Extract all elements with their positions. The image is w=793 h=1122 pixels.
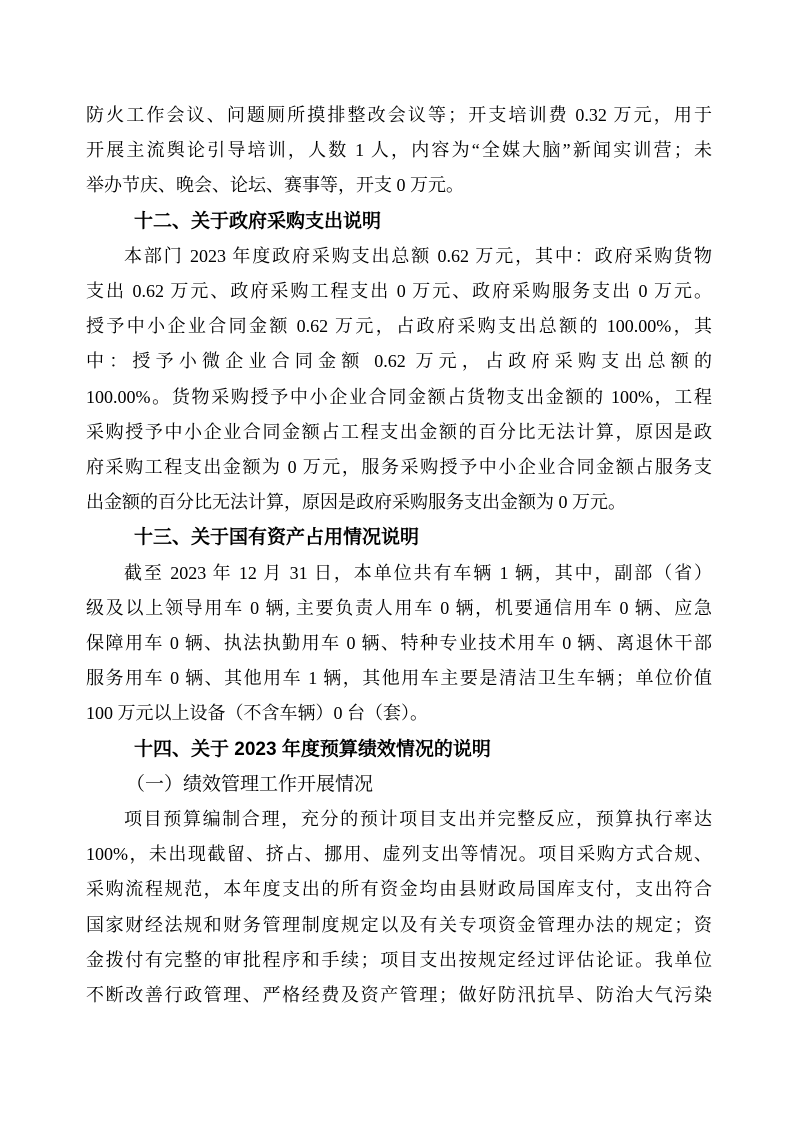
training-and-events-paragraph: 防火工作会议、问题厕所摸排整改会议等；开支培训费 0.32 万元，用于开展主流舆… (86, 98, 712, 204)
performance-paragraph-line-3: 采购流程规范，本年度支出的所有资金均由县财政局国库支付，支出符合 (86, 872, 712, 907)
state-assets-paragraph-line-1: 截至 2023 年 12 月 31 日，本单位共有车辆 1 辆，其中，副部（省） (86, 556, 712, 591)
state-assets-paragraph-line-4: 服务用车 0 辆、其他用车 1 辆，其他用车主要是清洁卫生车辆；单位价值 (86, 661, 712, 696)
gov-procurement-paragraph: 本部门 2023 年度政府采购支出总额 0.62 万元，其中：政府采购货物支出 … (86, 239, 712, 521)
gov-procurement-paragraph-line-1: 本部门 2023 年度政府采购支出总额 0.62 万元，其中：政府采购货物 (86, 239, 712, 274)
gov-procurement-paragraph-line-6: 采购授予中小企业合同金额占工程支出金额的百分比无法计算，原因是政 (86, 415, 712, 450)
gov-procurement-paragraph-line-4: 中：授予小微企业合同金额 0.62 万元，占政府采购支出总额的 (86, 344, 712, 379)
performance-paragraph-line-1: 项目预算编制合理，充分的预计项目支出并完整反应，预算执行率达 (86, 802, 712, 837)
document-page: 防火工作会议、问题厕所摸排整改会议等；开支培训费 0.32 万元，用于开展主流舆… (0, 0, 793, 1122)
performance-paragraph-line-4: 国家财经法规和财务管理制度规定以及有关专项资金管理办法的规定；资 (86, 908, 712, 943)
state-assets-paragraph-line-3: 保障用车 0 辆、执法执勤用车 0 辆、特种专业技术用车 0 辆、离退休干部 (86, 626, 712, 661)
gov-procurement-paragraph-line-8: 出金额的百分比无法计算，原因是政府采购服务支出金额为 0 万元。 (86, 485, 712, 520)
state-assets-paragraph-line-5: 100 万元以上设备（不含车辆）0 台（套）。 (86, 696, 712, 731)
training-and-events-paragraph-line-1: 防火工作会议、问题厕所摸排整改会议等；开支培训费 0.32 万元，用于 (86, 98, 712, 133)
performance-paragraph-line-2: 100%，未出现截留、挤占、挪用、虚列支出等情况。项目采购方式合规、 (86, 837, 712, 872)
document-content: 防火工作会议、问题厕所摸排整改会议等；开支培训费 0.32 万元，用于开展主流舆… (86, 98, 712, 1013)
gov-procurement-paragraph-line-2: 支出 0.62 万元、政府采购工程支出 0 万元、政府采购服务支出 0 万元。 (86, 274, 712, 309)
training-and-events-paragraph-line-3: 举办节庆、晚会、论坛、赛事等，开支 0 万元。 (86, 168, 712, 203)
gov-procurement-paragraph-line-7: 府采购工程支出金额为 0 万元，服务采购授予中小企业合同金额占服务支 (86, 450, 712, 485)
section-12-heading: 十二、关于政府采购支出说明 (86, 204, 712, 239)
performance-paragraph-line-6: 不断改善行政管理、严格经费及资产管理；做好防汛抗旱、防治大气污染 (86, 978, 712, 1013)
section-13-heading: 十三、关于国有资产占用情况说明 (86, 520, 712, 555)
performance-paragraph-line-5: 金拨付有完整的审批程序和手续；项目支出按规定经过评估论证。我单位 (86, 943, 712, 978)
section-14-heading: 十四、关于 2023 年度预算绩效情况的说明 (86, 732, 712, 767)
performance-management-subheading: （一）绩效管理工作开展情况 (86, 767, 712, 802)
performance-paragraph: 项目预算编制合理，充分的预计项目支出并完整反应，预算执行率达100%，未出现截留… (86, 802, 712, 1013)
training-and-events-paragraph-line-2: 开展主流舆论引导培训，人数 1 人，内容为“全媒大脑”新闻实训营；未 (86, 133, 712, 168)
state-assets-paragraph: 截至 2023 年 12 月 31 日，本单位共有车辆 1 辆，其中，副部（省）… (86, 556, 712, 732)
gov-procurement-paragraph-line-3: 授予中小企业合同金额 0.62 万元，占政府采购支出总额的 100.00%，其 (86, 309, 712, 344)
state-assets-paragraph-line-2: 级及以上领导用车 0 辆, 主要负责人用车 0 辆，机要通信用车 0 辆、应急 (86, 591, 712, 626)
gov-procurement-paragraph-line-5: 100.00%。货物采购授予中小企业合同金额占货物支出金额的 100%，工程 (86, 380, 712, 415)
